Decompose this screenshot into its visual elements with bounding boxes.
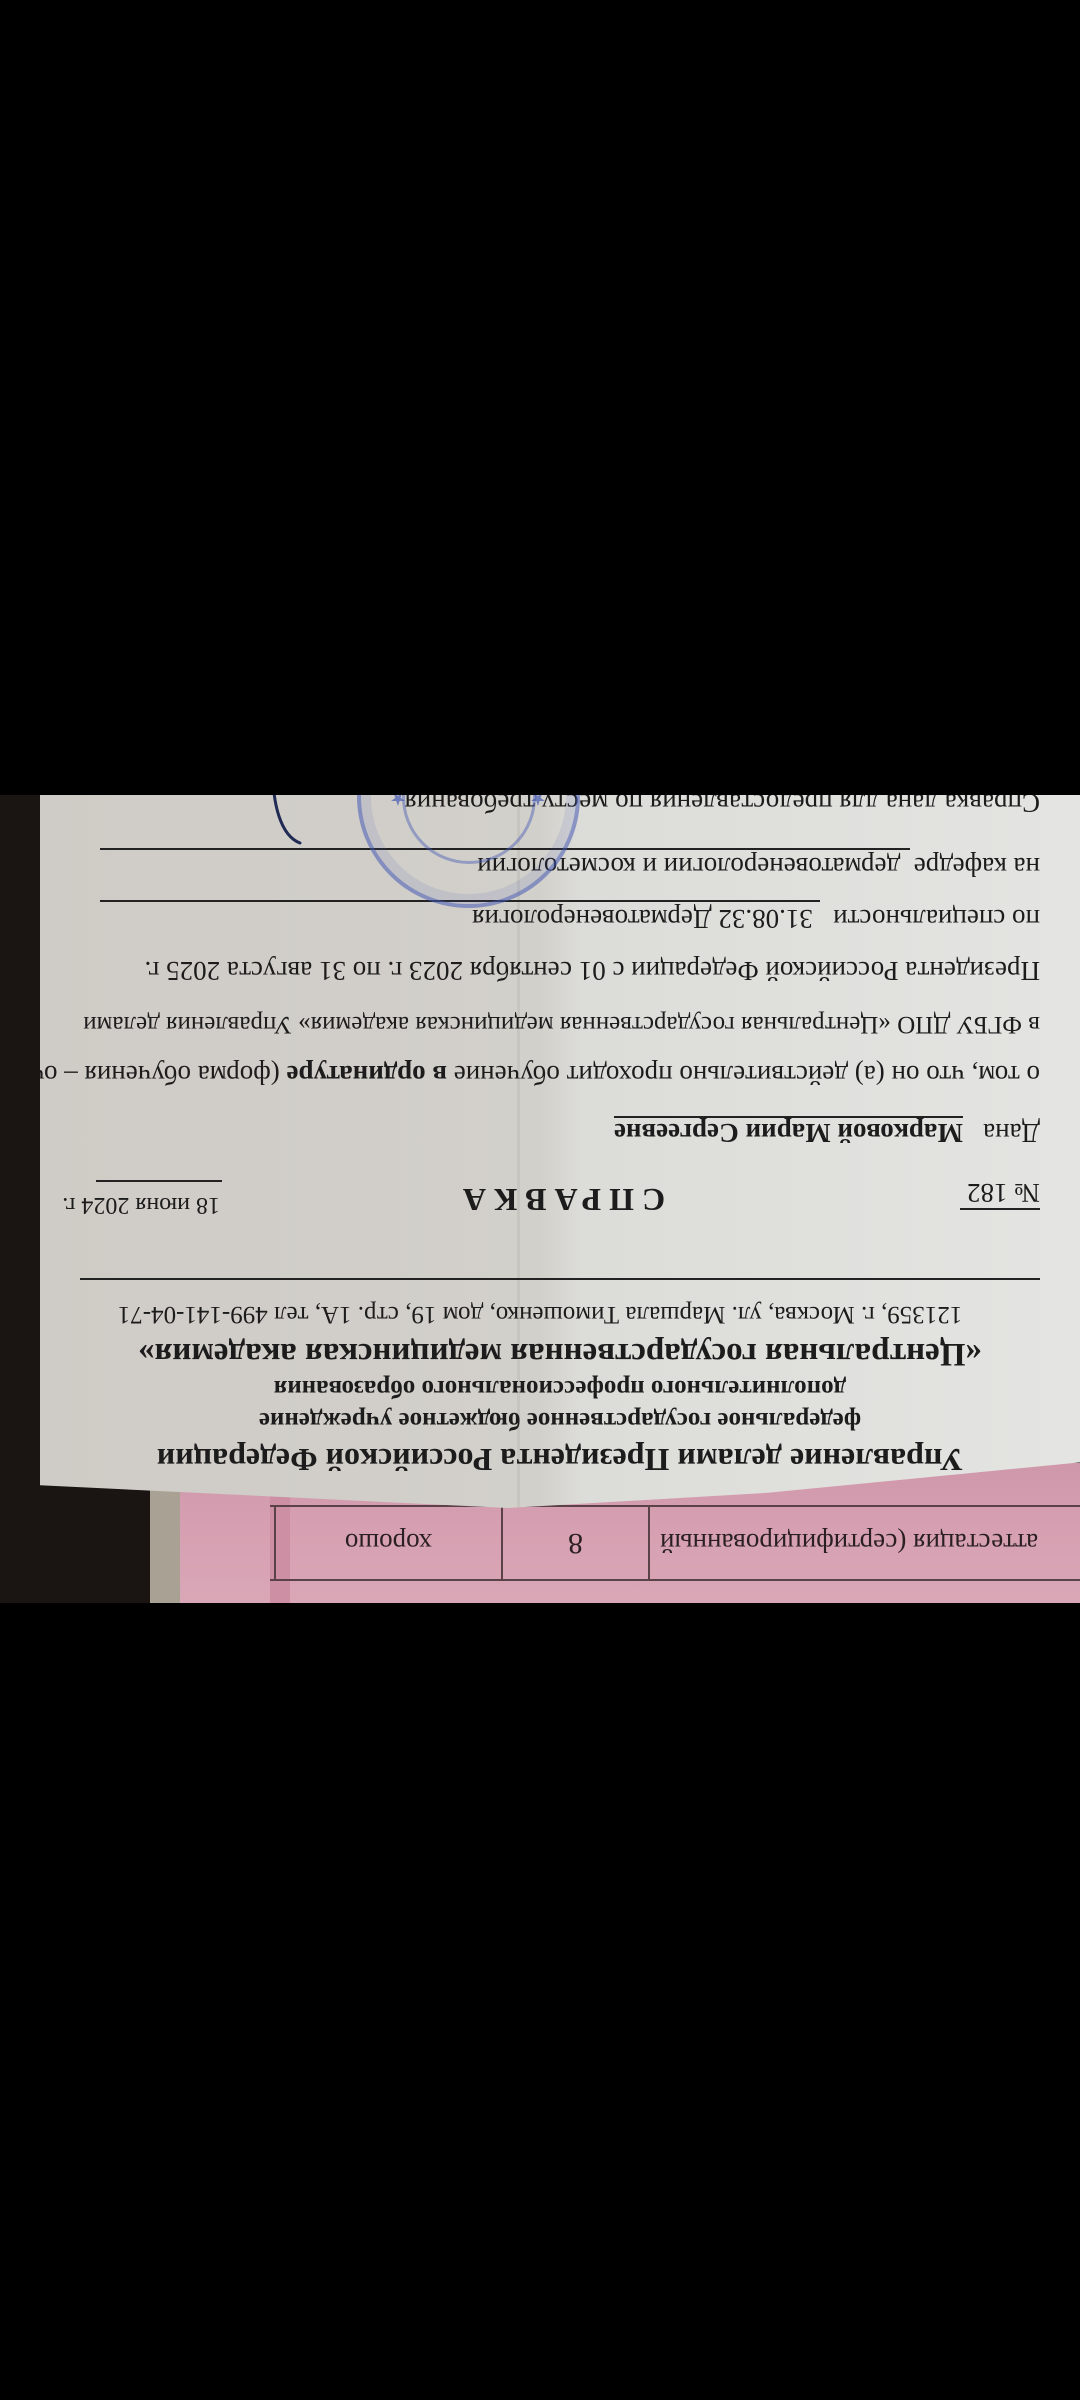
- study-text: о том, что он (а) действительно проходит…: [447, 1060, 1040, 1090]
- org-address: 121359, г. Москва, ул. Маршала Тимошенко…: [20, 1300, 1060, 1328]
- header-divider: [80, 1278, 1040, 1280]
- issued-to-line: Дана Марковой Марии Сергеевне: [614, 1117, 1040, 1148]
- signature: [240, 795, 540, 848]
- grade-table-hours: 8: [501, 1507, 648, 1579]
- date-underline: [96, 1180, 222, 1182]
- grade-table: аттестация (сертифицированный 8 хорошо: [270, 1503, 1080, 1603]
- org-line-2: федеральное государственное бюджетное уч…: [40, 1406, 1080, 1434]
- grade-table-grade: хорошо: [274, 1507, 501, 1579]
- period-line: Президента Российской Федерации с 01 сен…: [145, 955, 1040, 986]
- study-form: (форма обучения – очная): [0, 1060, 287, 1090]
- document-photo: аттестация (сертифицированный 8 хорошо У…: [0, 795, 1080, 1603]
- specialty-line: по специальности 31.08.32 Дерматовенерол…: [472, 903, 1040, 934]
- issue-date: 18 июня 2024 г.: [62, 1191, 220, 1218]
- student-name: Марковой Марии Сергеевне: [614, 1116, 963, 1148]
- specialty-value: 31.08.32 Дерматовенерология: [472, 904, 813, 934]
- institution-line: в ФГБУ ДПО «Центральная государственная …: [83, 1010, 1040, 1038]
- study-line: о том, что он (а) действительно проходит…: [0, 1059, 1040, 1090]
- rotated-scene: аттестация (сертифицированный 8 хорошо У…: [0, 795, 1080, 1603]
- issued-to-label: Дана: [983, 1118, 1040, 1148]
- grade-table-subject: аттестация (сертифицированный: [648, 1507, 1080, 1579]
- specialty-label: по специальности: [833, 904, 1040, 934]
- org-line-3: дополнительного профессионального образо…: [40, 1374, 1080, 1402]
- study-program: в ординатуре: [287, 1060, 447, 1090]
- department-label: на кафедре: [914, 852, 1040, 882]
- certificate-paper: Управление делами Президента Российской …: [40, 795, 1080, 1508]
- grade-table-row: аттестация (сертифицированный 8 хорошо: [270, 1505, 1080, 1581]
- org-line-1: Управление делами Президента Российской …: [40, 1441, 1080, 1478]
- org-name: «Центральная государственная медицинская…: [40, 1335, 1080, 1372]
